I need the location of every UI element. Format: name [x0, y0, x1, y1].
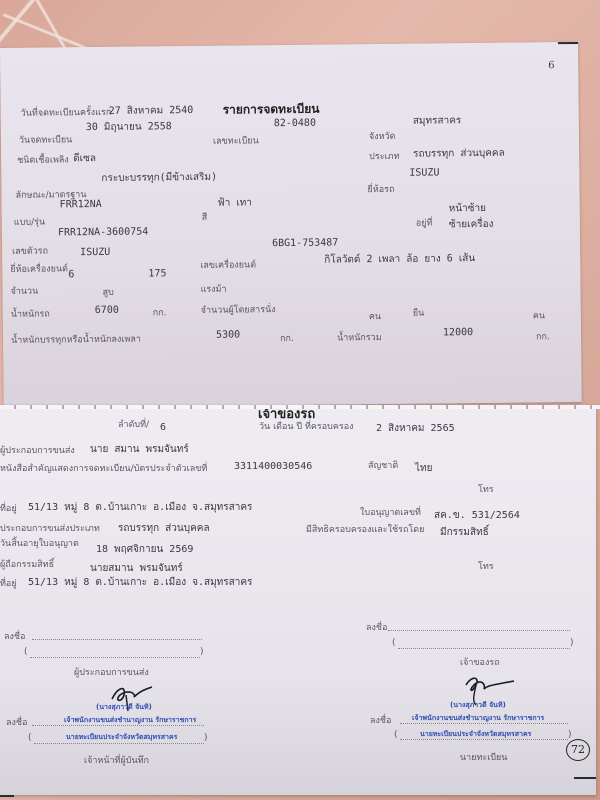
owner-name-line [398, 648, 570, 649]
gross-weight-value: 12000 [443, 327, 473, 338]
page-number: 6 [548, 60, 554, 71]
registration-date-label: วันจดทะเบียน [19, 132, 72, 147]
operator-signature-line [32, 639, 202, 640]
officer-stamp-line2: นายทะเบียนประจำจังหวัดสมุทรสาคร [66, 732, 177, 743]
province-label: จังหวัด [369, 129, 396, 143]
owner-signature-line [388, 630, 570, 631]
nationality-value: ไทย [415, 461, 432, 476]
characteristic-value: กระบะบรรทุก(มีข้างเสริม) [101, 170, 217, 186]
edge-mark [558, 42, 578, 44]
paren-close: ) [570, 638, 574, 648]
possession-date-label: วัน เดือน ปี ที่ครอบครอง [259, 419, 354, 433]
paren-open: ( [28, 733, 32, 743]
officer-stamp-name: (นางสุภาวดี จันทิ) [96, 702, 152, 713]
sequence-value: 6 [160, 422, 166, 433]
registration-date: 30 มิถุนายน 2558 [86, 119, 172, 135]
owner-sign-label: ลงชื่อ [366, 620, 387, 634]
vehicle-type: รถบรรทุก ส่วนบุคคล [413, 146, 505, 162]
owner-address: 51/13 หมู่ 8 ต.บ้านเกาะ อ.เมือง จ.สมุทรส… [28, 575, 252, 590]
license-expiry-label: วันสิ้นอายุใบอนุญาต [0, 536, 79, 550]
gross-weight-unit: กก. [536, 329, 550, 343]
axle-info: กิโลวัตต์ 2 เพลา ล้อ ยาง 6 เส้น [324, 251, 475, 268]
paren-close: ) [568, 730, 572, 740]
document-title: รายการจดทะเบียน [223, 100, 320, 120]
rights-value: มีกรรมสิทธิ์ [440, 525, 489, 540]
id-number: 3311400030546 [234, 461, 312, 472]
paren-open: ( [24, 647, 28, 657]
fuel-label: ชนิดเชื้อเพลิง [17, 152, 69, 167]
payload-unit: กก. [280, 331, 294, 345]
officer-stamp-line1: เจ้าพนักงานขนส่งชำนาญงาน รักษาราชการ [64, 715, 196, 726]
id-label: หนังสือสำคัญแสดงการจดทะเบียน/บัตรประจำตั… [0, 461, 207, 475]
edge-mark [0, 795, 14, 797]
horsepower-unit: แรงม้า [200, 282, 226, 296]
phone-label-2: โทร [478, 559, 494, 573]
operator-name: นาย สมาน พรมจันทร์ [90, 442, 189, 457]
standing-persons-unit: คน [533, 308, 545, 322]
paren-close: ) [200, 647, 204, 657]
business-type-label: ประกอบการขนส่งประเภท [0, 521, 100, 535]
paren-close: ) [204, 733, 208, 743]
location-label: อยู่ที่ [416, 215, 433, 229]
business-type: รถบรรทุก ส่วนบุคคล [118, 521, 210, 536]
registrar-role: นายทะเบียน [460, 750, 507, 764]
license-expiry-date: 18 พฤศจิกายน 2569 [96, 542, 193, 557]
operator-sign-label: ลงชื่อ [4, 629, 25, 643]
perforation-edge [0, 405, 600, 409]
type-label: ประเภท [369, 149, 399, 163]
ownership-label: ผู้ถือกรรมสิทธิ์ [0, 557, 54, 571]
model-value: FRR12NA [60, 199, 102, 210]
chassis-value: FRR12NA-3600754 [58, 226, 148, 238]
color-value: ฟ้า เทา [218, 195, 252, 210]
first-registration-date: 27 สิงหาคม 2540 [109, 103, 194, 119]
license-number-label: ใบอนุญาตเลขที่ [360, 505, 421, 519]
officer-name-line [34, 743, 204, 744]
phone-label-1: โทร [478, 482, 494, 496]
weight-value: 6700 [95, 305, 119, 316]
owner-name: นายสมาน พรมจันทร์ [90, 561, 183, 576]
sequence-label: ลำดับที่/ [118, 417, 149, 431]
officer-role: เจ้าหน้าที่ผู้บันทึก [84, 753, 149, 767]
plate-label: เลขทะเบียน [213, 133, 259, 147]
officer-sign-label: ลงชื่อ [6, 715, 27, 729]
weight-label: น้ำหนักรถ [11, 306, 50, 320]
payload-label: น้ำหนักบรรทุกหรือน้ำหนักลงเพลา [11, 332, 141, 347]
address-label: ที่อยู่ [0, 501, 17, 515]
license-number: สค.ข. 531/2564 [434, 508, 520, 523]
seated-persons-unit: คน [369, 309, 381, 323]
paren-open: ( [394, 730, 398, 740]
owner-address-label: ที่อยู่ [0, 576, 17, 590]
weight-unit: กก. [153, 305, 167, 319]
plate-number: 82-0480 [274, 118, 316, 129]
brand-value: ISUZU [409, 167, 439, 178]
paren-open: ( [392, 638, 396, 648]
chassis-label: เลขตัวรถ [12, 244, 48, 258]
location-1: หน้าซ้าย [449, 201, 486, 216]
engine-number: 6BG1-753487 [272, 237, 338, 249]
count-label: จำนวน [10, 284, 38, 298]
registrar-stamp-line1: เจ้าพนักงานขนส่งชำนาญงาน รักษาราชการ [412, 713, 544, 724]
first-registration-label: วันที่จดทะเบียนครั้งแรก [21, 105, 112, 120]
circled-initials: 72 [566, 739, 590, 761]
cylinders-unit: สูบ [102, 285, 113, 299]
floor-tile-grout [35, 0, 68, 52]
edge-mark [574, 777, 596, 779]
owner-role: เจ้าของรถ [460, 655, 500, 669]
registrar-stamp-line2: นายทะเบียนประจำจังหวัดสมุทรสาคร [420, 729, 531, 740]
standing-label: ยืน [413, 306, 425, 320]
province: สมุทรสาคร [413, 113, 462, 129]
registration-details-sheet: 6 วันที่จดทะเบียนครั้งแรก 27 สิงหาคม 254… [0, 42, 582, 408]
engine-number-label: เลขเครื่องยนต์ [200, 257, 256, 272]
passengers-label: จำนวนผู้โดยสารนั่ง [201, 302, 276, 317]
location-2: ซ้ายเครื่อง [449, 217, 494, 232]
floor-tile-grout [3, 13, 88, 49]
gross-weight-label: น้ำหนักรวม [337, 330, 382, 344]
color-label: สี [202, 210, 208, 224]
owner-details-sheet: เจ้าของรถ ลำดับที่/ 6 วัน เดือน ปี ที่คร… [0, 405, 596, 795]
nationality-label: สัญชาติ [368, 458, 398, 472]
operator-label: ผู้ประกอบการขนส่ง [0, 443, 75, 457]
registrar-sign-label: ลงชื่อ [370, 713, 391, 727]
registrar-stamp-name: (นางสุภาวดี จันทิ) [450, 700, 506, 711]
engine-brand-value: ISUZU [80, 247, 110, 258]
fuel-value: ดีเซล [73, 151, 96, 166]
address-value: 51/13 หมู่ 8 ต.บ้านเกาะ อ.เมือง จ.สมุทรส… [28, 500, 252, 515]
cylinders-value: 6 [68, 269, 74, 280]
rights-label: มีสิทธิครอบครองและใช้รถโดย [306, 522, 424, 536]
horsepower-value: 175 [148, 268, 166, 279]
engine-brand-label: ยี่ห้อเครื่องยนต์ [10, 261, 68, 276]
operator-name-line [30, 657, 200, 658]
brand-label: ยี่ห้อรถ [367, 182, 394, 196]
model-label: แบบ/รุ่น [14, 215, 45, 229]
possession-date: 2 สิงหาคม 2565 [376, 421, 455, 436]
payload-value: 5300 [216, 330, 240, 341]
